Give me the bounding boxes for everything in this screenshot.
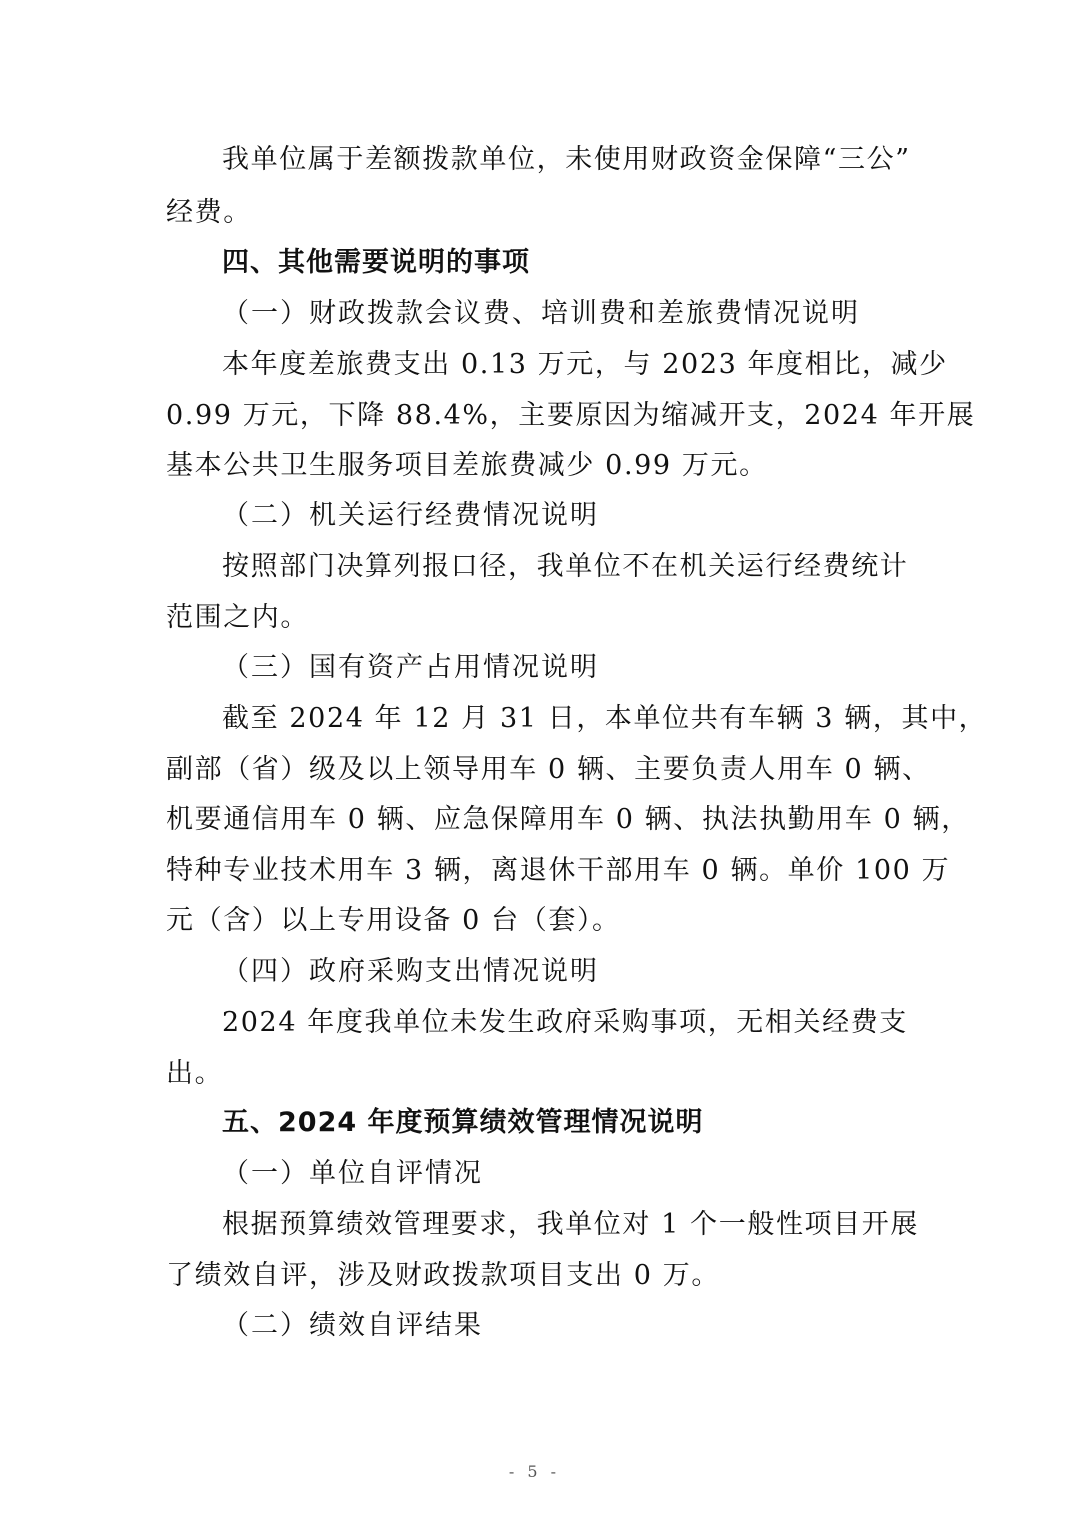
- paragraph-travel-line-1: 本年度差旅费支出 0.13 万元，与 2023 年度相比，减少: [222, 348, 948, 382]
- paragraph-three-public-funds-line-2: 经费。: [166, 196, 252, 230]
- paragraph-assets-line-2: 副部（省）级及以上领导用车 0 辆、主要负责人用车 0 辆、: [166, 753, 931, 787]
- page-number: - 5 -: [0, 1462, 1069, 1481]
- section-heading-other-matters: 四、其他需要说明的事项: [222, 246, 530, 280]
- paragraph-travel-line-3: 基本公共卫生服务项目差旅费减少 0.99 万元。: [166, 449, 768, 483]
- paragraph-travel-line-2: 0.99 万元，下降 88.4%，主要原因为缩减开支，2024 年开展: [166, 399, 975, 433]
- section-heading-performance-management: 五、2024 年度预算绩效管理情况说明: [222, 1106, 704, 1140]
- paragraph-procurement-line-2: 出。: [166, 1057, 223, 1091]
- paragraph-three-public-funds-line-1: 我单位属于差额拨款单位，未使用财政资金保障“三公”: [222, 143, 908, 177]
- paragraph-operating-line-2: 范围之内。: [166, 601, 309, 635]
- paragraph-assets-line-3: 机要通信用车 0 辆、应急保障用车 0 辆、执法执勤用车 0 辆，: [166, 803, 970, 837]
- subheading-self-evaluation-results: （二）绩效自评结果: [222, 1309, 483, 1343]
- paragraph-procurement-line-1: 2024 年度我单位未发生政府采购事项，无相关经费支: [222, 1006, 908, 1040]
- paragraph-operating-line-1: 按照部门决算列报口径，我单位不在机关运行经费统计: [222, 550, 908, 584]
- paragraph-self-evaluation-line-2: 了绩效自评，涉及财政拨款项目支出 0 万。: [166, 1259, 720, 1293]
- subheading-state-assets: （三）国有资产占用情况说明: [222, 651, 599, 685]
- subheading-operating-expenses: （二）机关运行经费情况说明: [222, 499, 599, 533]
- paragraph-assets-line-4: 特种专业技术用车 3 辆，离退休干部用车 0 辆。单价 100 万: [166, 854, 950, 888]
- paragraph-self-evaluation-line-1: 根据预算绩效管理要求，我单位对 1 个一般性项目开展: [222, 1208, 919, 1242]
- subheading-self-evaluation: （一）单位自评情况: [222, 1157, 483, 1191]
- subheading-government-procurement: （四）政府采购支出情况说明: [222, 955, 599, 989]
- paragraph-assets-line-1: 截至 2024 年 12 月 31 日，本单位共有车辆 3 辆，其中，: [222, 702, 987, 736]
- subheading-meeting-training-travel: （一）财政拨款会议费、培训费和差旅费情况说明: [222, 297, 860, 331]
- paragraph-assets-line-5: 元（含）以上专用设备 0 台（套）。: [166, 904, 621, 938]
